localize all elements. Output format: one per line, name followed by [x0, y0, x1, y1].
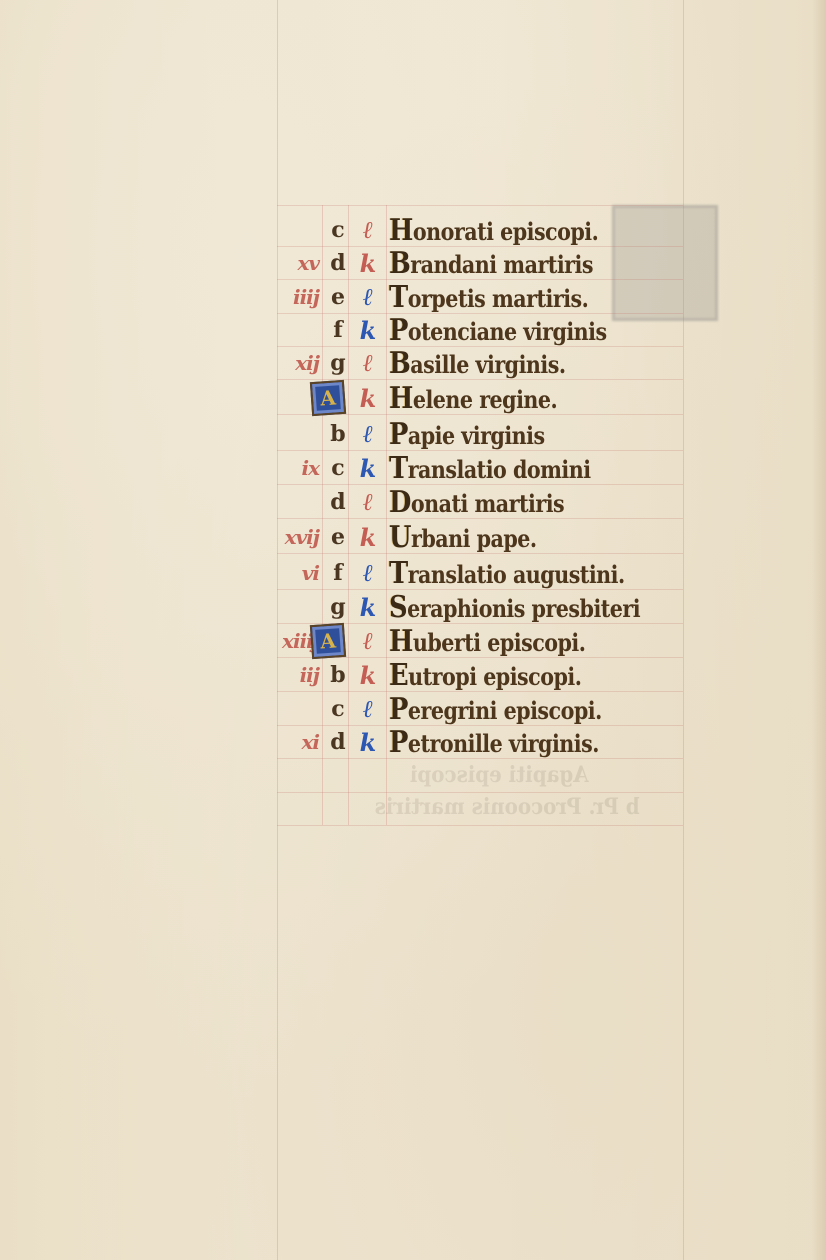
kalends-mark: ℓ [351, 626, 383, 656]
feast-text: eraphionis presbiteri [407, 594, 640, 623]
ruling-line-h [277, 205, 683, 206]
ruling-line-h [277, 825, 683, 826]
golden-number: iiij [277, 285, 319, 309]
feast-name: Basille virginis. [389, 346, 566, 381]
calendar-row: dℓDonati martiris [277, 485, 697, 519]
kalends-mark: ℓ [351, 694, 383, 724]
feast-name: Eutropi episcopi. [389, 658, 581, 693]
feast-name: Seraphionis presbiteri [389, 590, 640, 625]
feast-capital: U [389, 520, 411, 555]
feast-capital: B [389, 346, 410, 381]
golden-number: vi [277, 561, 319, 585]
calendar-row: xidkPetronille virginis. [277, 725, 697, 759]
illuminated-dominical-initial: A [310, 623, 346, 659]
dominical-letter: c [327, 217, 349, 243]
dominical-letter: g [327, 594, 349, 620]
feast-name: Donati martiris [389, 485, 564, 520]
dominical-letter: d [327, 489, 349, 515]
calendar-row: cℓHonorati episcopi. [277, 213, 697, 247]
feast-capital: T [389, 280, 408, 315]
feast-capital: T [389, 556, 408, 591]
kalends-mark: ℓ [351, 282, 383, 312]
calendar-row: gkSeraphionis presbiteri [277, 590, 697, 624]
feast-text: utropi episcopi. [408, 662, 581, 691]
feast-name: Helene regine. [389, 381, 557, 416]
kalends-mark: ℓ [351, 558, 383, 588]
kalends-mark: ℓ [351, 348, 383, 378]
ruling-line-h [277, 792, 683, 793]
kalends-mark: ℓ [351, 215, 383, 245]
initial-letter: A [319, 385, 336, 410]
calendar-row: cℓPeregrini episcopi. [277, 692, 697, 726]
dominical-letter: d [327, 250, 349, 276]
feast-text: etronille virginis. [408, 729, 599, 758]
golden-number: xi [277, 730, 319, 754]
calendar-row: fkPotenciane virginis [277, 313, 697, 347]
kalends-mark: k [351, 454, 383, 483]
dominical-letter: c [327, 455, 349, 481]
feast-name: Papie virginis [389, 417, 545, 452]
feast-capital: H [389, 213, 413, 248]
feast-name: Petronille virginis. [389, 725, 599, 760]
golden-number: xv [277, 251, 319, 275]
kalends-mark: ℓ [351, 419, 383, 449]
calendar-row: xiiijAℓHuberti episcopi. [277, 624, 697, 658]
dominical-letter: c [327, 696, 349, 722]
calendar-row: ixckTranslatio domini [277, 451, 697, 485]
feast-text: onorati episcopi. [413, 217, 598, 246]
golden-number: xvij [277, 525, 319, 549]
feast-text: eregrini episcopi. [408, 696, 602, 725]
calendar-row: xvijekUrbani pape. [277, 520, 697, 554]
initial-letter: A [319, 628, 336, 653]
calendar-row: iiijeℓTorpetis martiris. [277, 280, 697, 314]
feast-text: randani martiris [410, 250, 593, 279]
feast-capital: P [389, 692, 408, 727]
feast-text: orpetis martiris. [408, 284, 589, 313]
dominical-letter: b [327, 421, 349, 447]
feast-capital: S [389, 590, 407, 625]
golden-number: xij [277, 351, 319, 375]
feast-name: Brandani martiris [389, 246, 593, 281]
page-edge-shadow [812, 0, 826, 1260]
feast-text: asille virginis. [410, 350, 565, 379]
feast-capital: E [389, 658, 408, 693]
dominical-letter: f [327, 317, 349, 343]
feast-name: Peregrini episcopi. [389, 692, 602, 727]
illuminated-dominical-initial: A [310, 380, 346, 416]
dominical-letter: e [327, 524, 349, 550]
feast-capital: B [389, 246, 410, 281]
calendar-row: iijbkEutropi episcopi. [277, 658, 697, 692]
feast-capital: H [389, 624, 413, 659]
calendar-row: xvdkBrandani martiris [277, 246, 697, 280]
kalends-mark: k [351, 316, 383, 345]
feast-capital: D [389, 485, 411, 520]
feast-capital: T [389, 451, 408, 486]
feast-text: elene regine. [413, 385, 557, 414]
feast-name: Torpetis martiris. [389, 280, 588, 315]
feast-text: ranslatio domini [408, 455, 591, 484]
kalends-mark: k [351, 523, 383, 552]
feast-name: Honorati episcopi. [389, 213, 598, 248]
dominical-letter: e [327, 284, 349, 310]
calendar-row: iAkHelene regine. [277, 381, 697, 415]
kalends-mark: k [351, 661, 383, 690]
feast-text: ranslatio augustini. [408, 560, 625, 589]
kalends-mark: k [351, 384, 383, 413]
golden-number: ix [277, 456, 319, 480]
kalends-mark: k [351, 593, 383, 622]
dominical-letter: g [327, 350, 349, 376]
calendar-row: xijgℓBasille virginis. [277, 346, 697, 380]
feast-text: onati martiris [411, 489, 564, 518]
golden-number: iij [277, 663, 319, 687]
feast-text: apie virginis [408, 421, 545, 450]
feast-capital: H [389, 381, 413, 416]
feast-text: rbani pape. [411, 524, 537, 553]
feast-text: otenciane virginis [408, 317, 607, 346]
feast-name: Urbani pape. [389, 520, 537, 555]
dominical-letter: d [327, 729, 349, 755]
feast-name: Translatio augustini. [389, 556, 625, 591]
calendar-row: bℓPapie virginis [277, 417, 697, 451]
dominical-letter: b [327, 662, 349, 688]
showthrough-line: b Pr. Procoonis martiris [375, 794, 640, 820]
kalends-mark: ℓ [351, 487, 383, 517]
kalends-mark: k [351, 249, 383, 278]
feast-capital: P [389, 417, 408, 452]
showthrough-line: Agapiti episcopi [410, 762, 589, 788]
feast-capital: P [389, 725, 408, 760]
feast-name: Potenciane virginis [389, 313, 607, 348]
dominical-letter: f [327, 560, 349, 586]
manuscript-page: cℓHonorati episcopi.xvdkBrandani martiri… [0, 0, 826, 1260]
kalends-mark: k [351, 728, 383, 757]
calendar-row: vifℓTranslatio augustini. [277, 556, 697, 590]
feast-name: Translatio domini [389, 451, 591, 486]
feast-text: uberti episcopi. [413, 628, 586, 657]
feast-capital: P [389, 313, 408, 348]
feast-name: Huberti episcopi. [389, 624, 585, 659]
